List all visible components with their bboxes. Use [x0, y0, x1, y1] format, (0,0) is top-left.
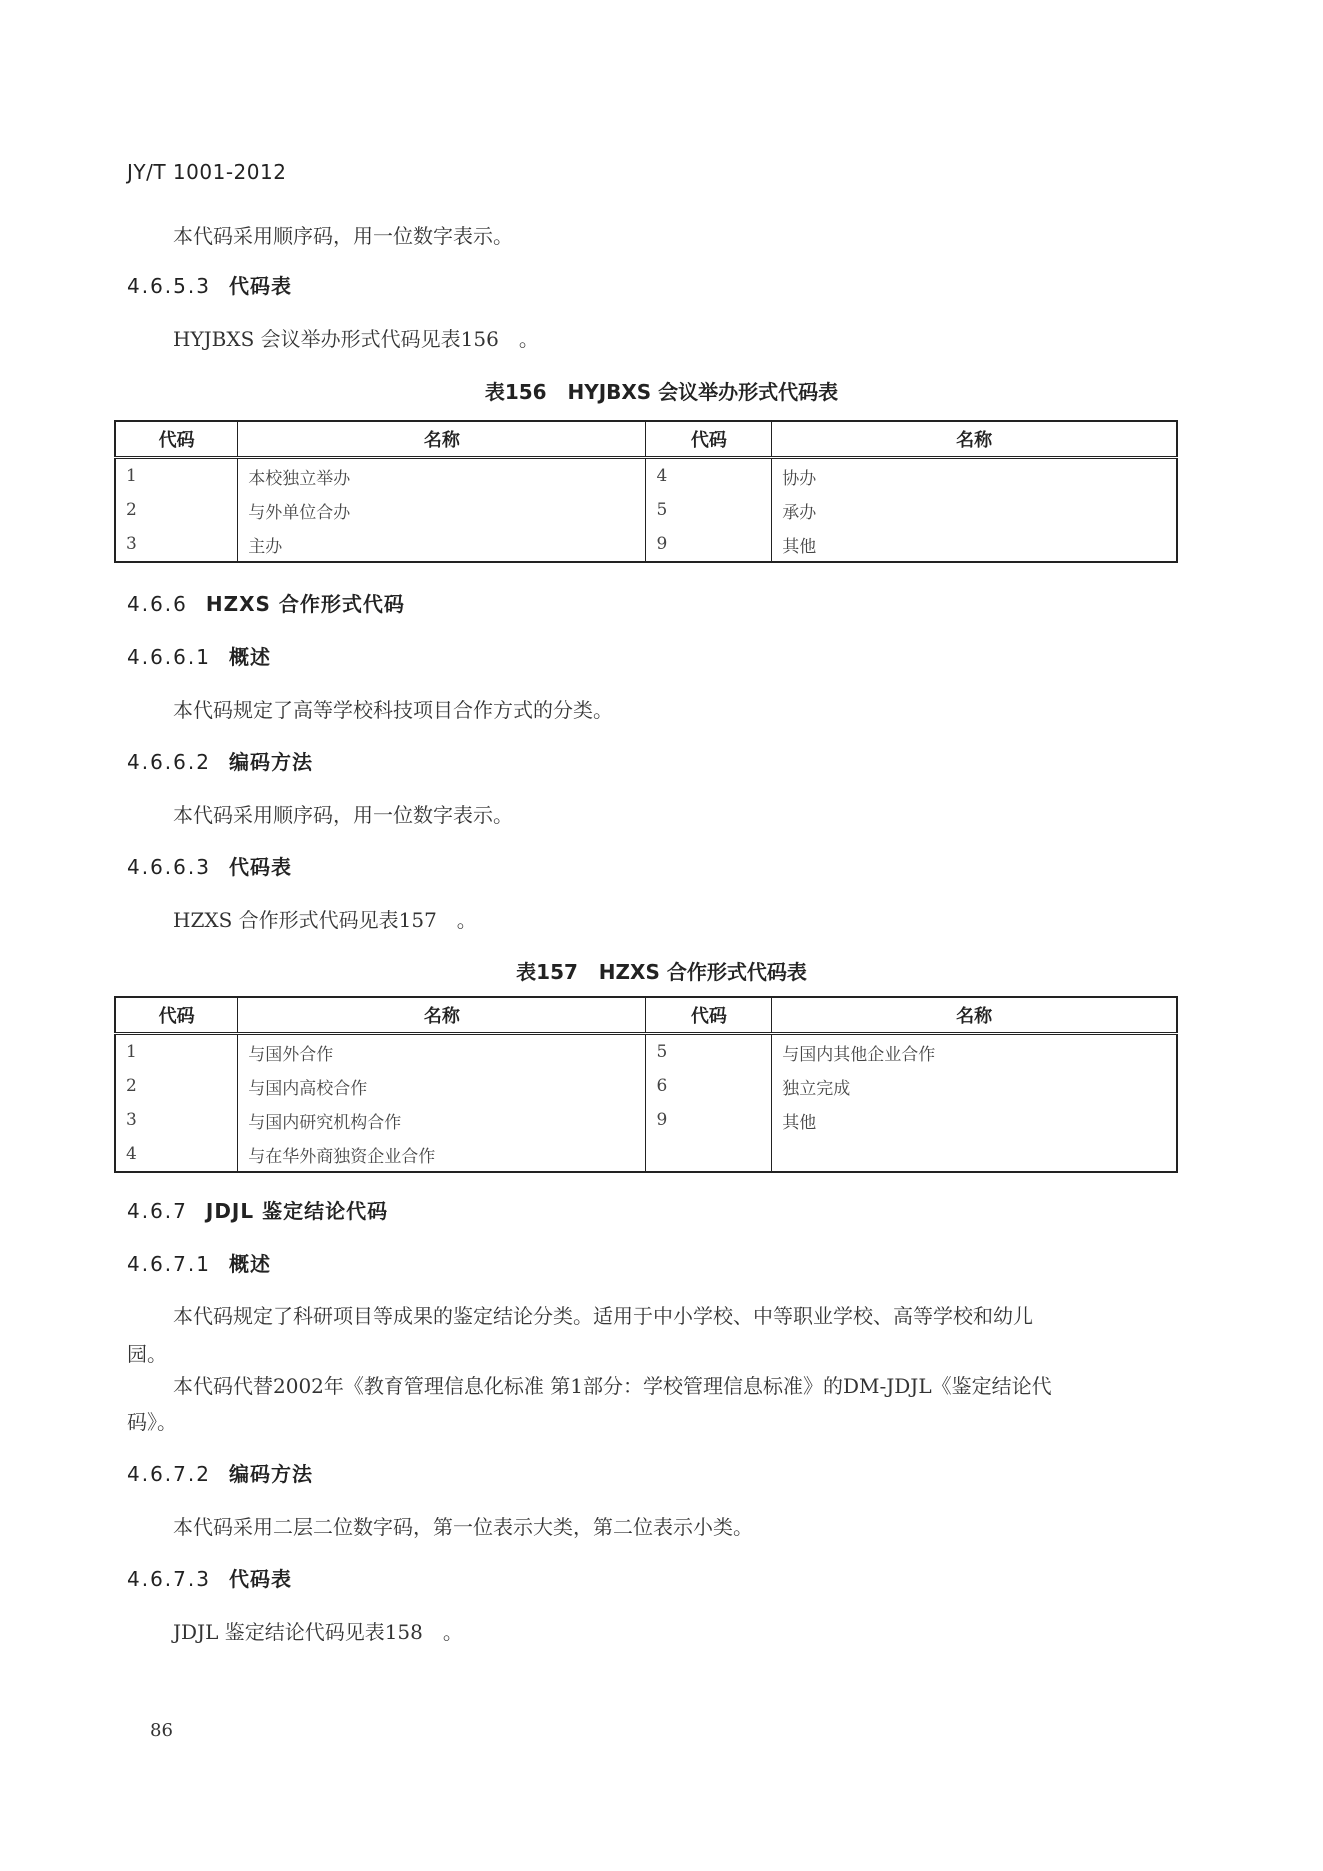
table-row: 3 与国内研究机构合作 9 其他 — [115, 1103, 1177, 1137]
name-cell: 本校独立举办 — [238, 458, 646, 494]
section-title: 编码方法 — [229, 750, 313, 774]
caption-number: 表157 — [516, 960, 578, 984]
section-title: 编码方法 — [229, 1462, 313, 1486]
paragraph-4671-2: 本代码代替2002年《教育管理信息化标准 第1部分：学校管理信息标准》的DM-J… — [173, 1370, 1052, 1399]
code-cell: 2 — [115, 493, 238, 527]
heading-4671: 4.6.7.1概述 — [127, 1248, 271, 1277]
table-caption-157: 表157 HZXS 合作形式代码表 — [0, 956, 1323, 985]
paragraph-4662: 本代码采用顺序码，用一位数字表示。 — [173, 799, 513, 828]
table-caption-156: 表156 HYJBXS 会议举办形式代码表 — [0, 376, 1323, 405]
section-title: 概述 — [229, 645, 271, 669]
name-cell: 独立完成 — [772, 1069, 1177, 1103]
name-cell: 协办 — [772, 458, 1177, 494]
paragraph-4661: 本代码规定了高等学校科技项目合作方式的分类。 — [173, 694, 613, 723]
name-cell: 主办 — [238, 527, 646, 562]
paragraph-4672: 本代码采用二层二位数字码，第一位表示大类，第二位表示小类。 — [173, 1511, 753, 1540]
section-title: 概述 — [229, 1252, 271, 1276]
column-header-code: 代码 — [646, 997, 772, 1034]
name-cell: 承办 — [772, 493, 1177, 527]
section-number: 4.6.5.3 — [127, 274, 211, 298]
column-header-name: 名称 — [238, 997, 646, 1034]
table-row: 4 与在华外商独资企业合作 — [115, 1137, 1177, 1172]
heading-4663: 4.6.6.3代码表 — [127, 851, 292, 880]
section-title: HZXS 合作形式代码 — [206, 592, 405, 616]
name-cell: 与外单位合办 — [238, 493, 646, 527]
name-cell: 与国内高校合作 — [238, 1069, 646, 1103]
code-cell: 5 — [646, 1034, 772, 1070]
section-number: 4.6.7.1 — [127, 1252, 211, 1276]
code-cell: 5 — [646, 493, 772, 527]
code-cell: 9 — [646, 1103, 772, 1137]
section-number: 4.6.6.1 — [127, 645, 211, 669]
heading-4672: 4.6.7.2编码方法 — [127, 1458, 313, 1487]
paragraph-4652: 本代码采用顺序码，用一位数字表示。 — [173, 220, 513, 249]
section-number: 4.6.6 — [127, 592, 188, 616]
column-header-name: 名称 — [772, 421, 1177, 458]
section-number: 4.6.7 — [127, 1199, 188, 1223]
column-header-code: 代码 — [115, 421, 238, 458]
code-table-156: 代码 名称 代码 名称 1 本校独立举办 4 协办 2 与外单位合办 5 承办 … — [114, 420, 1178, 563]
name-cell: 其他 — [772, 527, 1177, 562]
paragraph-4663: HZXS 合作形式代码见表157 。 — [173, 904, 477, 933]
table-row: 2 与外单位合办 5 承办 — [115, 493, 1177, 527]
section-title: 代码表 — [229, 1567, 292, 1591]
heading-466: 4.6.6HZXS 合作形式代码 — [127, 588, 405, 617]
section-title: 代码表 — [229, 855, 292, 879]
column-header-code: 代码 — [115, 997, 238, 1034]
heading-4661: 4.6.6.1概述 — [127, 641, 271, 670]
paragraph-4653: HYJBXS 会议举办形式代码见表156 。 — [173, 323, 539, 352]
name-cell: 与在华外商独资企业合作 — [238, 1137, 646, 1172]
name-cell: 与国外合作 — [238, 1034, 646, 1070]
code-cell: 3 — [115, 527, 238, 562]
column-header-name: 名称 — [772, 997, 1177, 1034]
table-row: 2 与国内高校合作 6 独立完成 — [115, 1069, 1177, 1103]
heading-4673: 4.6.7.3代码表 — [127, 1563, 292, 1592]
section-title: 代码表 — [229, 274, 292, 298]
name-cell: 与国内研究机构合作 — [238, 1103, 646, 1137]
table-row: 1 本校独立举办 4 协办 — [115, 458, 1177, 494]
name-cell — [772, 1137, 1177, 1172]
code-cell: 1 — [115, 458, 238, 494]
code-cell: 1 — [115, 1034, 238, 1070]
code-table-157: 代码 名称 代码 名称 1 与国外合作 5 与国内其他企业合作 2 与国内高校合… — [114, 996, 1178, 1173]
section-number: 4.6.7.2 — [127, 1462, 211, 1486]
caption-title: HYJBXS 会议举办形式代码表 — [567, 380, 838, 404]
caption-number: 表156 — [485, 380, 547, 404]
table-header-row: 代码 名称 代码 名称 — [115, 421, 1177, 458]
paragraph-4673: JDJL 鉴定结论代码见表158 。 — [173, 1616, 463, 1645]
code-cell: 9 — [646, 527, 772, 562]
column-header-code: 代码 — [646, 421, 772, 458]
section-title: JDJL 鉴定结论代码 — [206, 1199, 388, 1223]
code-cell: 3 — [115, 1103, 238, 1137]
table-row: 1 与国外合作 5 与国内其他企业合作 — [115, 1034, 1177, 1070]
section-number: 4.6.7.3 — [127, 1567, 211, 1591]
table-header-row: 代码 名称 代码 名称 — [115, 997, 1177, 1034]
section-number: 4.6.6.2 — [127, 750, 211, 774]
document-id: JY/T 1001-2012 — [127, 160, 286, 184]
code-cell: 6 — [646, 1069, 772, 1103]
code-cell: 2 — [115, 1069, 238, 1103]
caption-title: HZXS 合作形式代码表 — [599, 960, 807, 984]
heading-4662: 4.6.6.2编码方法 — [127, 746, 313, 775]
page-number: 86 — [150, 1720, 173, 1741]
table-row: 3 主办 9 其他 — [115, 527, 1177, 562]
heading-467: 4.6.7JDJL 鉴定结论代码 — [127, 1195, 388, 1224]
paragraph-4671-1-continued: 园。 — [127, 1338, 167, 1367]
column-header-name: 名称 — [238, 421, 646, 458]
heading-4653: 4.6.5.3代码表 — [127, 270, 292, 299]
code-cell: 4 — [115, 1137, 238, 1172]
code-cell: 4 — [646, 458, 772, 494]
paragraph-4671-1: 本代码规定了科研项目等成果的鉴定结论分类。适用于中小学校、中等职业学校、高等学校… — [173, 1300, 1033, 1329]
code-cell — [646, 1137, 772, 1172]
paragraph-4671-2-continued: 码》。 — [127, 1406, 177, 1435]
section-number: 4.6.6.3 — [127, 855, 211, 879]
name-cell: 其他 — [772, 1103, 1177, 1137]
name-cell: 与国内其他企业合作 — [772, 1034, 1177, 1070]
